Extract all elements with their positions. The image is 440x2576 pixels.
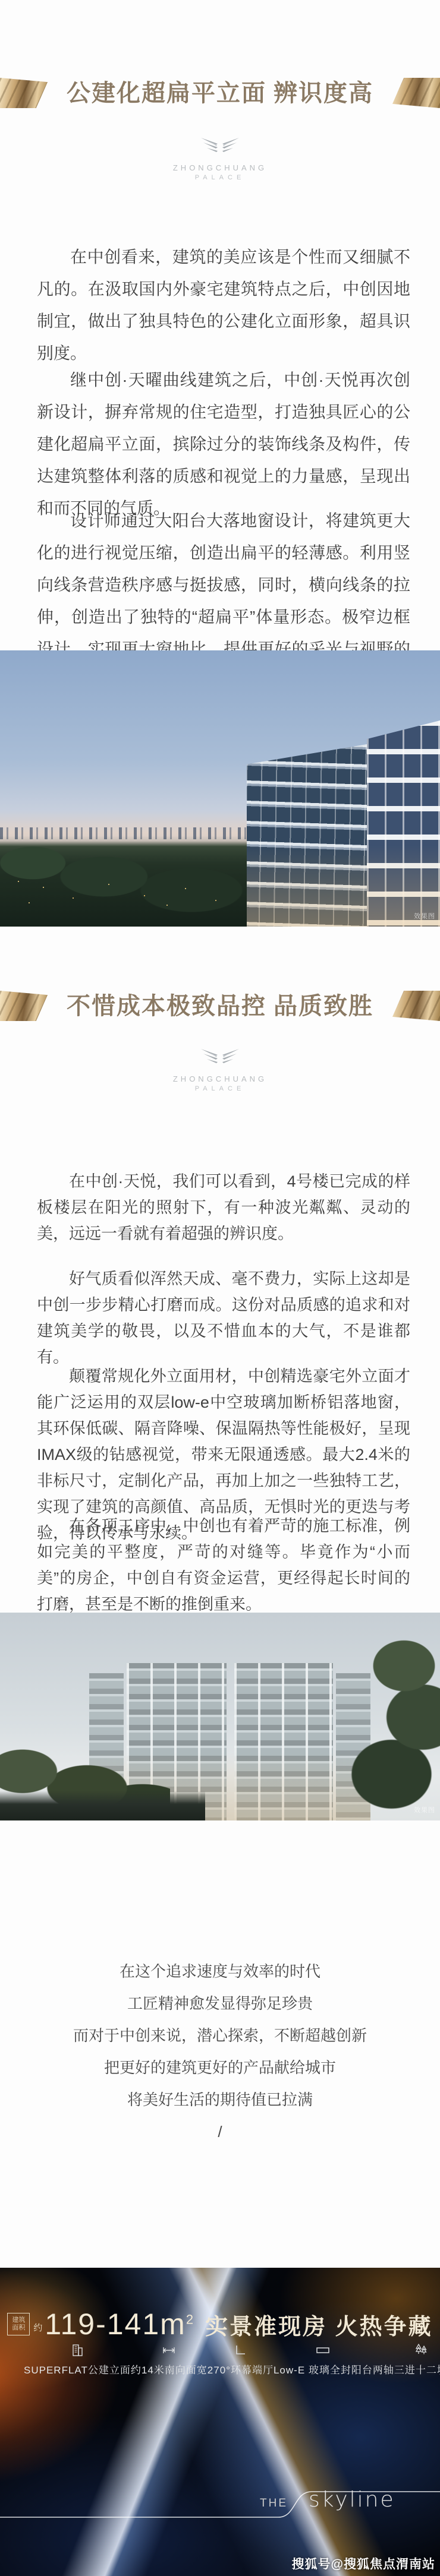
feature-item: 两轴三进十二境园林	[373, 2343, 440, 2376]
feature-row: SUPERFLAT公建立面 约14米南向面宽 270°环幕端厅 Low-E 玻璃…	[24, 2343, 423, 2376]
tree-right	[335, 1632, 440, 1820]
area-range-value: 119-141	[45, 2308, 160, 2341]
area-range: 119-141m2	[45, 2307, 194, 2341]
building-photo-dusk: 效果图	[0, 650, 440, 927]
verse-line: /	[0, 2116, 440, 2148]
building-icon	[70, 2343, 85, 2358]
brand-skyline-label: skyline	[309, 2488, 395, 2512]
area-label-box: 建筑 面积	[7, 2313, 30, 2335]
brand-the-label: THE	[260, 2497, 288, 2510]
closing-verse: 在这个追求速度与效率的时代 工匠精神愈发显得弥足珍贵 而对于中创来说，潜心探索，…	[0, 1955, 440, 2148]
building-photo-day: 效果图	[0, 1613, 440, 1820]
brand-logo: ZHONGCHUANG PALACE	[0, 1047, 440, 1092]
feature-label: 约14米南向面宽	[131, 2362, 208, 2376]
sales-slogan: 实景准现房 火热争藏	[205, 2308, 433, 2341]
feature-label: SUPERFLAT公建立面	[24, 2362, 131, 2376]
render-watermark: 效果图	[414, 911, 435, 921]
section-banner-1: 公建化超扁平立面 辨识度高	[0, 78, 440, 108]
footer-headline: 建筑 面积 约 119-141m2 实景准现房 火热争藏	[0, 2307, 440, 2341]
verse-line: 把更好的建筑更好的产品献给城市	[0, 2052, 440, 2084]
area-label-line: 建筑	[12, 2316, 25, 2324]
brand-subname: PALACE	[0, 174, 440, 181]
render-watermark: 效果图	[414, 1805, 435, 1815]
verse-line: 在这个追求速度与效率的时代	[0, 1955, 440, 1987]
brand-name: ZHONGCHUANG	[0, 163, 440, 172]
feature-item: 约14米南向面宽	[131, 2343, 208, 2376]
wings-icon	[195, 135, 245, 157]
area-sup: 2	[186, 2312, 194, 2327]
brand-name: ZHONGCHUANG	[0, 1074, 440, 1083]
wings-icon	[195, 1047, 245, 1068]
paragraph: 继中创·天曜曲线建筑之后，中创·天悦再次创新设计，摒弃常规的住宅造型，打造独具匠…	[37, 364, 410, 524]
corner-icon	[232, 2343, 248, 2358]
feature-item: Low-E 玻璃全封阳台	[274, 2343, 373, 2376]
verse-line: 而对于中创来说，潜心探索，不断超越创新	[0, 2019, 440, 2052]
width-icon	[161, 2343, 177, 2358]
brand-logo: ZHONGCHUANG PALACE	[0, 135, 440, 181]
verse-line: 将美好生活的期待值已拉满	[0, 2084, 440, 2116]
feature-label: Low-E 玻璃全封阳台	[274, 2362, 373, 2376]
lit-windows-glow	[247, 823, 440, 927]
paragraph: 在中创·天悦，我们可以看到，4号楼已完成的样板楼层在阳光的照射下，有一种波光粼粼…	[37, 1168, 410, 1247]
section-banner-2: 不惜成本极致品控 品质致胜	[0, 991, 440, 1021]
area-unit: m	[160, 2308, 186, 2341]
section-title-1: 公建化超扁平立面 辨识度高	[0, 78, 440, 108]
trees-icon	[413, 2343, 429, 2358]
article-page: 公建化超扁平立面 辨识度高 ZHONGCHUANG PALACE 在中创看来，建…	[0, 0, 440, 2576]
footer-billboard: 建筑 面积 约 119-141m2 实景准现房 火热争藏 SUPERFLAT公建…	[0, 2268, 440, 2576]
park-trees	[0, 836, 274, 927]
podium	[0, 1791, 205, 1820]
approx-label: 约	[33, 2321, 42, 2334]
verse-line: 工匠精神愈发显得弥足珍贵	[0, 1987, 440, 2019]
paragraph: 好气质看似浑然天成、毫不费力，实际上这却是中创一步步精心打磨而成。这份对品质感的…	[37, 1266, 410, 1370]
feature-item: SUPERFLAT公建立面	[24, 2343, 131, 2376]
section-title-2: 不惜成本极致品控 品质致胜	[0, 991, 440, 1021]
feature-item: 270°环幕端厅	[208, 2343, 274, 2376]
paragraph: 在中创看来，建筑的美应该是个性而又细腻不凡的。在汲取国内外豪宅建筑特点之后，中创…	[37, 241, 410, 369]
balcony-icon	[315, 2343, 331, 2358]
park-lights	[18, 881, 19, 882]
source-watermark: 搜狐号@搜狐焦点渭南站	[292, 2555, 435, 2572]
feature-label: 270°环幕端厅	[208, 2362, 274, 2376]
brand-subname: PALACE	[0, 1085, 440, 1092]
area-label-line: 面积	[12, 2324, 25, 2332]
feature-label: 两轴三进十二境园林	[373, 2362, 440, 2376]
paragraph: 在各项工序中，中创也有着严苛的施工标准，例如完美的平整度，严苛的对缝等。毕竟作为…	[37, 1513, 410, 1617]
